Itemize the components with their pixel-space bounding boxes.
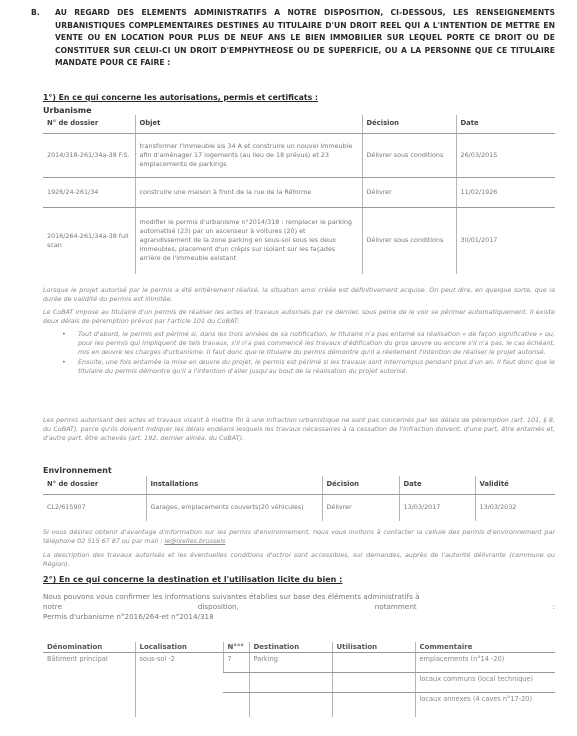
cell-objet: modifier le permis d'urbanisme n°2014/31… <box>135 208 362 274</box>
col-header-dossier: N° de dossier <box>43 476 146 495</box>
environnement-table: N° de dossier Installations Décision Dat… <box>43 476 555 521</box>
cell-objet: construire une maison à front de la rue … <box>135 178 362 208</box>
destination-table: Dénomination Localisation N°°° Destinati… <box>43 642 555 717</box>
col-header-date: Date <box>456 115 555 134</box>
word: disposition, <box>198 602 239 612</box>
contact-text: Si vous désirez obtenir d'avantage d'inf… <box>43 528 555 545</box>
section-1-title: 1°) En ce qui concerne les autorisations… <box>43 93 318 102</box>
table-row: 2016/264-261/34a-38 full scan modifier l… <box>43 208 555 274</box>
col-header-destination: Destination <box>249 642 332 653</box>
table-row: 1926/24-261/34 construire une maison à f… <box>43 178 555 208</box>
col-header-denomination: Dénomination <box>43 642 135 653</box>
col-header-objet: Objet <box>135 115 362 134</box>
col-header-localisation: Localisation <box>135 642 223 653</box>
cell-validite: 13/03/2032 <box>475 495 555 521</box>
environnement-title: Environnement <box>43 466 112 475</box>
cell-decision: Délivrer <box>362 178 456 208</box>
cell-dossier: 2016/264-261/34a-38 full scan <box>43 208 135 274</box>
confirmation-line-1: Nous pouvons vous confirmer les informat… <box>43 592 555 602</box>
cell-objet: transformer l'immeuble sis 34 A et const… <box>135 134 362 178</box>
col-header-installations: Installations <box>146 476 322 495</box>
list-item: Tout d'abord, le permis est périmé si, d… <box>60 330 555 358</box>
cell-date: 11/02/1926 <box>456 178 555 208</box>
col-header-decision: Décision <box>322 476 399 495</box>
peremption-list: Tout d'abord, le permis est périmé si, d… <box>60 330 555 376</box>
col-header-dossier: N° de dossier <box>43 115 135 134</box>
cell-utilisation <box>332 693 415 717</box>
cell-numero: 7 <box>223 653 249 673</box>
cell-commentaire: locaux annexes (4 caves n°17-20) <box>415 693 555 717</box>
cell-utilisation <box>332 653 415 673</box>
word: notre <box>43 602 62 612</box>
cell-date: 30/01/2017 <box>456 208 555 274</box>
document-page: B.AU REGARD DES ELEMENTS ADMINISTRATIFS … <box>0 0 577 736</box>
cell-dossier: 2014/318-261/34a-38 F.S. <box>43 134 135 178</box>
cell-destination: Parking <box>249 653 332 673</box>
confirmation-line-2: notre disposition, notamment : <box>43 602 555 612</box>
cell-destination <box>249 673 332 693</box>
cell-numero <box>223 693 249 717</box>
cell-dossier: 1926/24-261/34 <box>43 178 135 208</box>
cell-date: 13/03/2017 <box>399 495 475 521</box>
cell-installations: Garages, emplacements couverts(20 véhicu… <box>146 495 322 521</box>
col-header-validite: Validité <box>475 476 555 495</box>
cell-decision: Délivrer <box>322 495 399 521</box>
cell-commentaire: emplacements (n°14 -20) <box>415 653 555 673</box>
cell-destination <box>249 693 332 717</box>
col-header-decision: Décision <box>362 115 456 134</box>
word: notamment <box>375 602 417 612</box>
validity-paragraph: Lorsque le projet autorisé par le permis… <box>43 286 555 304</box>
cell-localisation: sous-sol -2 <box>135 653 223 717</box>
infraction-paragraph: Les permis autorisant des actes et trava… <box>43 416 555 444</box>
cell-decision: Délivrer sous conditions <box>362 208 456 274</box>
word: : <box>553 602 555 612</box>
email-link[interactable]: ie@ixelles.brussels <box>164 537 225 545</box>
col-header-utilisation: Utilisation <box>332 642 415 653</box>
col-header-date: Date <box>399 476 475 495</box>
cell-dossier: CL2/615907 <box>43 495 146 521</box>
cell-decision: Délivrer sous conditions <box>362 134 456 178</box>
description-paragraph: La description des travaux autorisés et … <box>43 551 555 569</box>
table-row: 2014/318-261/34a-38 F.S. transformer l'i… <box>43 134 555 178</box>
intro-text: AU REGARD DES ELEMENTS ADMINISTRATIFS A … <box>55 8 555 67</box>
col-header-numero: N°°° <box>223 642 249 653</box>
list-item: Ensuite, une fois entamée la mise en œuv… <box>60 358 555 376</box>
cell-utilisation <box>332 673 415 693</box>
col-header-commentaire: Commentaire <box>415 642 555 653</box>
cell-date: 26/03/2015 <box>456 134 555 178</box>
intro-label: B. <box>43 7 55 20</box>
contact-paragraph: Si vous désirez obtenir d'avantage d'inf… <box>43 528 555 546</box>
intro-paragraph: B.AU REGARD DES ELEMENTS ADMINISTRATIFS … <box>43 7 555 70</box>
permit-reference: Permis d'urbanisme n°2016/264-et n°2014/… <box>43 612 555 622</box>
section-2-title: 2°) En ce qui concerne la destination et… <box>43 575 342 584</box>
table-row: CL2/615907 Garages, emplacements couvert… <box>43 495 555 521</box>
urbanisme-title: Urbanisme <box>43 106 92 115</box>
cell-commentaire: locaux communs (local technique) <box>415 673 555 693</box>
urbanisme-table: N° de dossier Objet Décision Date 2014/3… <box>43 115 555 274</box>
cell-denomination: Bâtiment principal <box>43 653 135 717</box>
cell-numero <box>223 673 249 693</box>
confirmation-paragraph: Nous pouvons vous confirmer les informat… <box>43 592 555 622</box>
cobat-paragraph: Le CoBAT impose au titulaire d'un permis… <box>43 308 555 326</box>
table-row: Bâtiment principal sous-sol -2 7 Parking… <box>43 653 555 673</box>
